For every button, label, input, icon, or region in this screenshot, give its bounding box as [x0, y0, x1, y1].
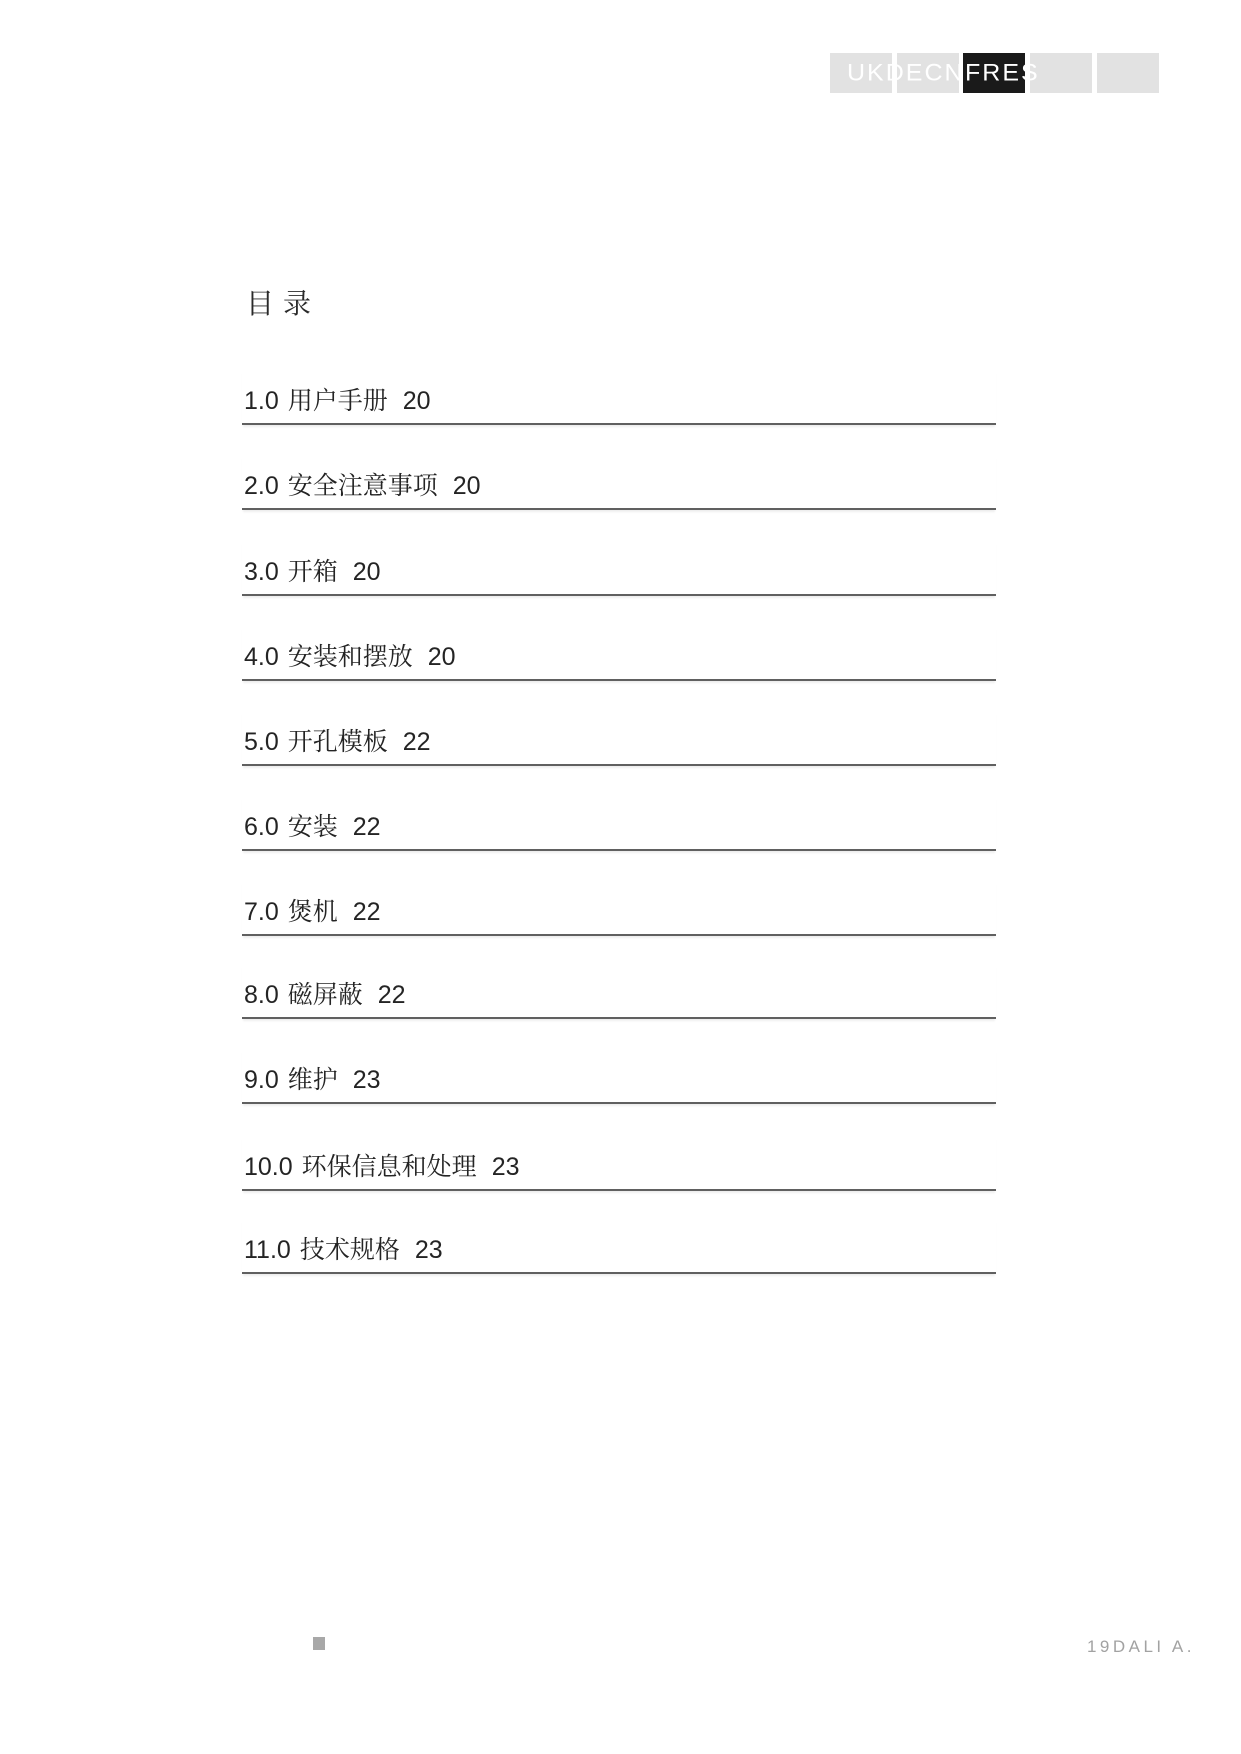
- toc-item-number: 8.0: [244, 982, 279, 1008]
- toc-item-page: 23: [492, 1154, 520, 1180]
- toc-item-title: 磁屏蔽: [288, 982, 363, 1008]
- page-title: 目录: [246, 282, 320, 322]
- toc-item-page: 20: [453, 473, 481, 499]
- toc-item-11[interactable]: 11.0 技术规格 23: [242, 1219, 996, 1274]
- toc-item-number: 5.0: [244, 729, 279, 755]
- toc-item-number: 1.0: [244, 388, 279, 414]
- footer-marker-square: [313, 1637, 325, 1650]
- toc-item-title: 用户手册: [288, 388, 388, 414]
- toc-item-number: 7.0: [244, 899, 279, 925]
- logo-box-5: [1097, 53, 1159, 93]
- toc-item-page: 22: [353, 899, 381, 925]
- toc-item-title: 安全注意事项: [288, 473, 438, 499]
- toc-item-number: 2.0: [244, 473, 279, 499]
- toc-item-number: 10.0: [244, 1154, 293, 1180]
- toc-item-10[interactable]: 10.0 环保信息和处理 23: [242, 1136, 996, 1191]
- toc-item-1[interactable]: 1.0 用户手册 20: [242, 370, 996, 425]
- toc-item-page: 23: [353, 1067, 381, 1093]
- toc-item-page: 23: [415, 1237, 443, 1263]
- toc-item-3[interactable]: 3.0 开箱 20: [242, 541, 996, 596]
- toc-item-number: 9.0: [244, 1067, 279, 1093]
- toc-item-5[interactable]: 5.0 开孔模板 22: [242, 711, 996, 766]
- toc-item-title: 煲机: [288, 899, 338, 925]
- toc-item-2[interactable]: 2.0 安全注意事项 20: [242, 455, 996, 510]
- footer-brand: 19DALI A.: [1087, 1638, 1195, 1657]
- toc-item-page: 22: [403, 729, 431, 755]
- toc-item-title: 安装和摆放: [288, 644, 413, 670]
- toc-item-title: 开箱: [288, 559, 338, 585]
- toc-item-page: 20: [428, 644, 456, 670]
- logo-text-right: FRES: [965, 60, 1040, 87]
- toc-item-title: 安装: [288, 814, 338, 840]
- toc-item-title: 维护: [288, 1067, 338, 1093]
- toc-item-number: 3.0: [244, 559, 279, 585]
- toc-item-number: 6.0: [244, 814, 279, 840]
- brand-logo: UKDECN FRES: [830, 53, 1160, 93]
- document-page: UKDECN FRES 目录 1.0 用户手册 20 2.0 安全注意事项 20…: [0, 0, 1241, 1754]
- toc-item-title: 环保信息和处理: [302, 1154, 477, 1180]
- toc-item-page: 20: [353, 559, 381, 585]
- toc-item-4[interactable]: 4.0 安装和摆放 20: [242, 626, 996, 681]
- toc-item-number: 11.0: [244, 1237, 291, 1263]
- toc-item-8[interactable]: 8.0 磁屏蔽 22: [242, 964, 996, 1019]
- toc-item-number: 4.0: [244, 644, 279, 670]
- logo-text-left: UKDECN: [847, 60, 965, 87]
- toc-item-title: 开孔模板: [288, 729, 388, 755]
- toc-item-page: 22: [353, 814, 381, 840]
- toc-item-6[interactable]: 6.0 安装 22: [242, 796, 996, 851]
- toc-item-page: 20: [403, 388, 431, 414]
- toc-item-7[interactable]: 7.0 煲机 22: [242, 881, 996, 936]
- toc-item-9[interactable]: 9.0 维护 23: [242, 1049, 996, 1104]
- toc-item-page: 22: [378, 982, 406, 1008]
- toc-item-title: 技术规格: [300, 1237, 400, 1263]
